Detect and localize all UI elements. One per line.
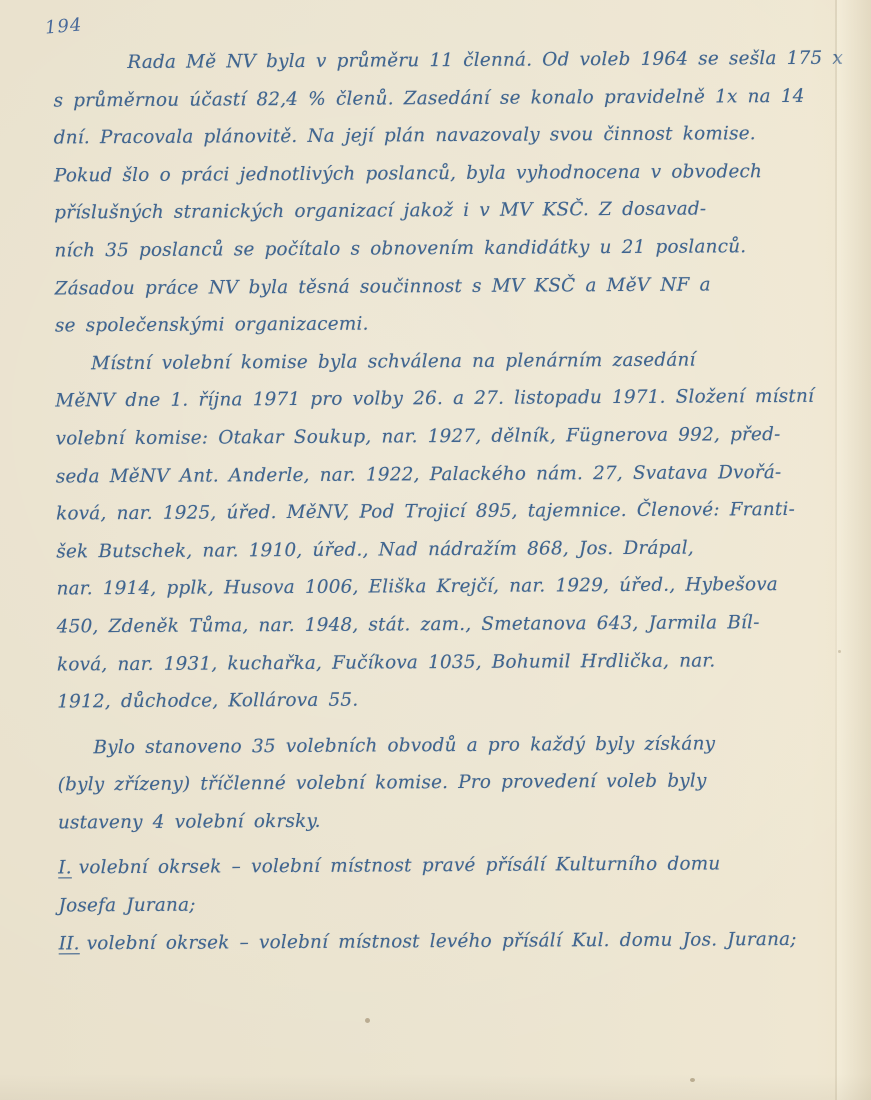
okrsek-line-2: II.volební okrsek – volební místnost lev… — [59, 920, 859, 962]
handwritten-line: seda MěNV Ant. Anderle, nar. 1922, Palac… — [56, 453, 856, 495]
page-edge-shadow — [837, 0, 871, 1100]
handwritten-line: Místní volební komise byla schválena na … — [55, 340, 855, 382]
handwritten-line: volební komise: Otakar Soukup, nar. 1927… — [55, 415, 855, 457]
handwritten-text-block: Rada Mě NV byla v průměru 11 členná. Od … — [53, 40, 859, 963]
okrsek-numeral: II. — [59, 933, 80, 954]
handwritten-line: nar. 1914, pplk, Husova 1006, Eliška Kre… — [56, 566, 856, 608]
handwritten-line: ustaveny 4 volební okrsky. — [58, 799, 858, 841]
handwritten-line: MěNV dne 1. října 1971 pro volby 26. a 2… — [55, 378, 855, 420]
handwritten-line: se společenskými organizacemi. — [55, 303, 855, 345]
handwritten-line: ních 35 poslanců se počítalo s obnovením… — [54, 228, 854, 270]
handwritten-line: Rada Mě NV byla v průměru 11 členná. Od … — [53, 40, 853, 82]
paper-speck — [365, 1018, 370, 1023]
handwritten-line: Bylo stanoveno 35 volebních obvodů a pro… — [57, 724, 857, 766]
okrsek-line-1: I.volební okrsek – volební místnost prav… — [58, 845, 858, 887]
paper-speck — [690, 1078, 695, 1082]
okrsek-numeral: I. — [58, 858, 72, 879]
handwritten-line: (byly zřízeny) tříčlenné volební komise.… — [58, 762, 858, 804]
document-page: 194 Rada Mě NV byla v průměru 11 členná.… — [0, 0, 871, 1100]
handwritten-line: příslušných stranických organizací jakož… — [54, 190, 854, 232]
handwritten-line: dní. Pracovala plánovitě. Na její plán n… — [54, 115, 854, 157]
line-text: volební okrsek – volební místnost levého… — [87, 929, 797, 954]
handwritten-line: Pokud šlo o práci jednotlivých poslanců,… — [54, 152, 854, 194]
page-bottom-shadow — [0, 1074, 871, 1100]
handwritten-line: Zásadou práce NV byla těsná součinnost s… — [55, 265, 855, 307]
handwritten-line: 1912, důchodce, Kollárova 55. — [57, 679, 857, 721]
handwritten-line: ková, nar. 1931, kuchařka, Fučíkova 1035… — [57, 641, 857, 683]
page-number: 194 — [44, 14, 83, 38]
handwritten-line: šek Butschek, nar. 1910, úřed., Nad nádr… — [56, 528, 856, 570]
handwritten-line: 450, Zdeněk Tůma, nar. 1948, stát. zam.,… — [57, 603, 857, 645]
paper-speck — [838, 650, 841, 653]
handwritten-line: s průměrnou účastí 82,4 % členů. Zasedán… — [53, 77, 853, 119]
line-text: volební okrsek – volební místnost pravé … — [79, 854, 721, 879]
handwritten-line: Josefa Jurana; — [58, 883, 858, 925]
handwritten-line: ková, nar. 1925, úřed. MěNV, Pod Trojicí… — [56, 491, 856, 533]
